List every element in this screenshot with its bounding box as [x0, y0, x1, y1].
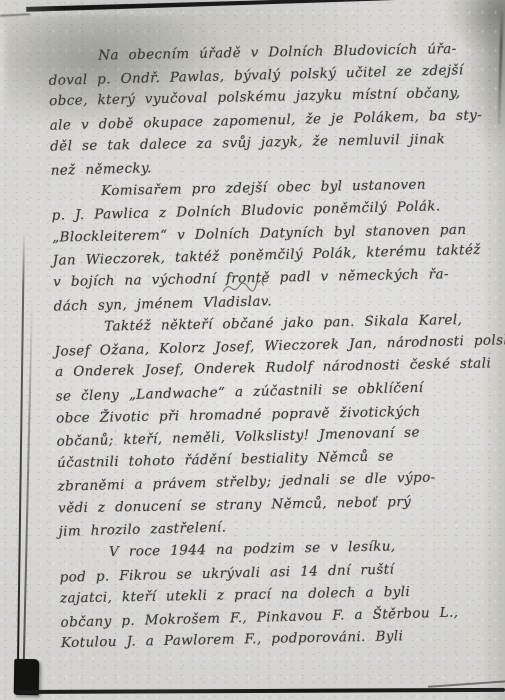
scan-artifact-bottomright-diagonal: [428, 680, 505, 688]
scan-artifact-bottom-rule: [16, 688, 505, 694]
scan-artifact-left-fold-line-2: [22, 300, 33, 692]
handwritten-text-block: Na obecním úřadě v Dolních Bludovicích ú…: [48, 36, 505, 656]
scan-artifact-left-fold-line: [17, 232, 25, 684]
scanned-document-page: Na obecním úřadě v Dolních Bludovicích ú…: [0, 0, 505, 700]
scan-artifact-bottomleft-ink-blob: [14, 659, 40, 695]
scan-artifact-top-line-tail: [0, 13, 30, 17]
scan-artifact-topright-streak: [497, 12, 503, 124]
insertion-mark-squiggle: [221, 281, 265, 294]
scan-artifact-top-diagonal-line: [26, 0, 505, 12]
